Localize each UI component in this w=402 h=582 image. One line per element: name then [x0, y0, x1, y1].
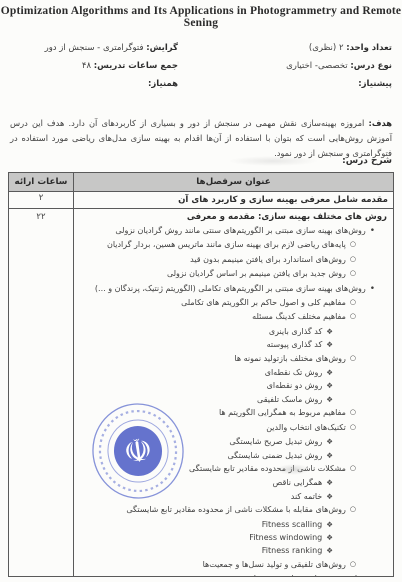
scanned-syllabus-page: Optimization Algorithms and Its Applicat… [0, 0, 402, 582]
course-objective: هدف: امروزه بهینه‌سازی نقش مهمی در سنجش … [10, 116, 392, 161]
outline-item: مفاهیم مربوط به همگرایی الگوریتم ها [79, 406, 388, 420]
meta-course-type: نوع درس: تخصصی- اختیاری [286, 57, 392, 75]
meta-total-hours: جمع ساعات تدریس: ۴۸ [45, 57, 178, 75]
outline-item: روش ماسک تلفیقی [79, 393, 388, 406]
topics-outline: روش های مختلف بهینه سازی: مقدمه و معرفی … [79, 210, 388, 577]
outline-item: همگرایی ناقص [79, 476, 388, 489]
syllabus-table: عنوان سرفصل‌ها ساعات ارائه مقدمه شامل مع… [8, 172, 394, 577]
scan-smudge [228, 156, 318, 166]
row1-hours: ۲ [9, 192, 73, 208]
outline-item: خاتمه کند [79, 490, 388, 503]
outline-item: روش دو نقطه‌ای [79, 379, 388, 392]
table-header-row: عنوان سرفصل‌ها ساعات ارائه [9, 173, 393, 192]
meta-major: گرایش: فتوگرامتری - سنجش از دور [45, 39, 178, 57]
outline-item: روش تبدیل ضمنی شایستگی [79, 449, 388, 462]
outline-item: مشکلات ناشی از محدوده مقادیر تابع شایستگ… [79, 462, 388, 476]
header-hours: ساعات ارائه [9, 173, 73, 191]
row1-topic: مقدمه شامل معرفی بهینه سازی و کاربرد های… [73, 192, 393, 208]
outline-item: کد گذاری پیوسته [79, 338, 388, 351]
course-meta: تعداد واحد: ۲ (نظری) نوع درس: تخصصی- اخت… [0, 39, 402, 101]
objective-label: هدف: [369, 118, 393, 128]
course-description-label: شرح درس: [342, 156, 392, 166]
scan-smudge [276, 464, 310, 475]
header-topics: عنوان سرفصل‌ها [73, 173, 393, 191]
table-row: روش های مختلف بهینه سازی: مقدمه و معرفی … [9, 209, 393, 576]
outline-item: روش تبدیل صریح شایستگی [79, 435, 388, 448]
outline-item: Fitness ranking [79, 544, 388, 557]
outline-heading: روش های مختلف بهینه سازی: مقدمه و معرفی [79, 210, 388, 224]
meta-right-column: تعداد واحد: ۲ (نظری) نوع درس: تخصصی- اخت… [286, 39, 392, 93]
meta-left-column: گرایش: فتوگرامتری - سنجش از دور جمع ساعا… [45, 39, 178, 93]
outline-item: مفاهیم کلی و اصول حاکم بر الگوریتم های ت… [79, 296, 388, 310]
objective-text: امروزه بهینه‌سازی نقش مهمی در سنجش از دو… [10, 118, 392, 158]
outline-item: کد گذاری باینری [79, 325, 388, 338]
outline-item: روش تک نقطه‌ای [79, 366, 388, 379]
row2-hours: ۲۲ [9, 209, 73, 576]
outline-item: پایه‌های ریاضی لازم برای بهینه سازی مانن… [79, 238, 388, 252]
outline-item: مفاهیم مختلف کدینگ مسئله [79, 310, 388, 324]
outline-item: روش‌های مختلف بازتولید نمونه ها [79, 352, 388, 366]
outline-item: روش‌های تلفیقی و تولید نسل‌ها و جمعیت‌ها [79, 558, 388, 572]
outline-item: روش‌های مقابله با مشکلات ناشی از محدوده … [79, 503, 388, 517]
meta-prerequisite: پیشنیاز: [286, 75, 392, 93]
table-row: مقدمه شامل معرفی بهینه سازی و کاربرد های… [9, 192, 393, 209]
outline-item: روش‌های استاندارد برای یافتن مینیمم بدون… [79, 253, 388, 267]
page-title: Optimization Algorithms and Its Applicat… [0, 5, 402, 29]
outline-item: Fitness windowing [79, 531, 388, 544]
meta-units: تعداد واحد: ۲ (نظری) [286, 39, 392, 57]
outline-item: روش‌های بهینه سازی مبتنی بر الگوریتم‌های… [79, 224, 388, 238]
outline-item: مقایسه روش‌های مختلف بهینه سازی [79, 572, 388, 577]
outline-item: تکنیک‌های انتخاب والدین [79, 421, 388, 435]
outline-item: روش جدید برای یافتن مینیمم بر اساس گرادی… [79, 267, 388, 281]
outline-item: روش‌های بهینه سازی مبتنی بر الگوریتم‌های… [79, 282, 388, 296]
row2-topic-cell: روش های مختلف بهینه سازی: مقدمه و معرفی … [73, 209, 393, 576]
meta-corequisite: همنیاز: [45, 75, 178, 93]
outline-item: Fitness scalling [79, 518, 388, 531]
